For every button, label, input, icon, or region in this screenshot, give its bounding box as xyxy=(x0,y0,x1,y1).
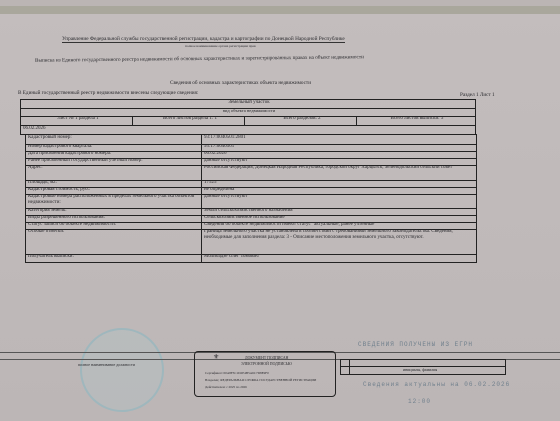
sheet-number: Лист № 1 раздела 1 xyxy=(21,116,133,125)
row-value: Сведения об объекте недвижимости имеют с… xyxy=(202,222,474,229)
agency-caption: полное наименование органа регистрации п… xyxy=(185,43,256,49)
extract-title: Выписка из Единого государственного реес… xyxy=(35,54,364,63)
row-value: 93:17:0040501 xyxy=(202,144,474,151)
row-value: данные отсутствуют xyxy=(202,194,474,208)
table-row: Особые отметки:Граница земельного участк… xyxy=(26,229,476,255)
position-caption: полное наименование должности xyxy=(78,362,135,368)
row-label: Статус записи об объекте недвижимости: xyxy=(26,222,200,229)
row-value: 06.02.2026 xyxy=(202,151,474,158)
row-label: Получатель выписки: xyxy=(26,254,200,262)
ecp-validity: Действителен: с 2025 по 2026 xyxy=(205,384,247,390)
intro-text: В Единый государственный реестр недвижим… xyxy=(18,90,198,96)
emblem-icon: ⚜ xyxy=(213,354,219,360)
row-label: Ранее присвоенный государственный учетны… xyxy=(26,158,200,165)
stamp-line-2: Сведения актуальны на 06.02.2026 xyxy=(363,381,510,388)
table-row: Адрес:Российская Федерация, Донецкая Нар… xyxy=(26,165,476,181)
row-label: Кадастровый номер: xyxy=(26,135,200,144)
characteristics-table: Кадастровый номер:93:17:0040501:2801Номе… xyxy=(25,134,477,263)
object-type-caption: вид объекта недвижимости xyxy=(21,108,475,116)
row-label: Номер кадастрового квартала: xyxy=(26,144,200,151)
row-value: 93:17:0040501:2801 xyxy=(202,135,474,144)
row-value: данные отсутствуют xyxy=(202,158,474,165)
row-value: не определена xyxy=(202,187,474,194)
row-value: Сельскохозяйственное использование xyxy=(202,215,474,222)
section-reference: Раздел 1 Лист 1 xyxy=(460,92,495,98)
extract-date: 06.02.2026 xyxy=(21,126,46,133)
row-value: Земли сельскохозяйственного назначения xyxy=(202,208,474,215)
row-label: Кадастровые номера расположенных в преде… xyxy=(26,194,200,208)
stamp-line-1: СВЕДЕНИЯ ПОЛУЧЕНЫ ИЗ ЕГРН xyxy=(358,341,473,348)
row-value: Российская Федерация, Донецкая Народная … xyxy=(202,165,474,180)
row-label: Категория земель: xyxy=(26,208,200,215)
ecp-owner: Владелец: ФЕДЕРАЛЬНАЯ СЛУЖБА ГОСУДАРСТВЕ… xyxy=(205,377,316,383)
agency-name: Управление Федеральной службы государств… xyxy=(62,36,345,43)
electronic-signature-box: ⚜ ДОКУМЕНТ ПОДПИСАН ЭЛЕКТРОННОЙ ПОДПИСЬЮ… xyxy=(194,351,336,397)
document-page: Управление Федеральной службы государств… xyxy=(0,6,560,421)
initials-caption: инициалы, фамилия xyxy=(401,367,437,374)
sheets-in-section: Всего листов раздела 1: 1 xyxy=(133,116,245,125)
section-title: Сведения об основных характеристиках объ… xyxy=(170,80,311,86)
row-label: Площадь, м2: xyxy=(26,180,200,187)
row-value: Граница земельного участка не установлен… xyxy=(202,229,474,254)
row-value: 17525 xyxy=(202,180,474,187)
object-type: Земельный участок xyxy=(21,100,475,108)
sections-total: Всего разделов: 2 xyxy=(245,116,357,125)
row-label: Дата присвоения кадастрового номера: xyxy=(26,151,200,158)
sheets-total: Всего листов выписки: 3 xyxy=(357,116,475,125)
stamp-line-3: 12:00 xyxy=(408,398,431,405)
ecp-certificate: Сертификат: 00A8F3C1D2E4B5A6C7D8E9F0 xyxy=(205,370,269,376)
official-seal xyxy=(80,328,164,412)
object-header-table: Земельный участок вид объекта недвижимос… xyxy=(20,99,476,135)
page-edge xyxy=(0,6,560,14)
row-label: Особые отметки: xyxy=(26,229,200,254)
row-label: Кадастровая стоимость, руб.: xyxy=(26,187,200,194)
row-value: Молибадзе Олег Томович xyxy=(202,254,474,262)
ecp-subtitle: ЭЛЕКТРОННОЙ ПОДПИСЬЮ xyxy=(241,361,292,367)
signature-box: инициалы, фамилия xyxy=(340,359,506,375)
row-label: Адрес: xyxy=(26,165,200,180)
table-row: Кадастровые номера расположенных в преде… xyxy=(26,194,476,209)
row-label: Виды разрешенного использования: xyxy=(26,215,200,222)
table-row: Получатель выписки:Молибадзе Олег Томови… xyxy=(26,254,476,263)
